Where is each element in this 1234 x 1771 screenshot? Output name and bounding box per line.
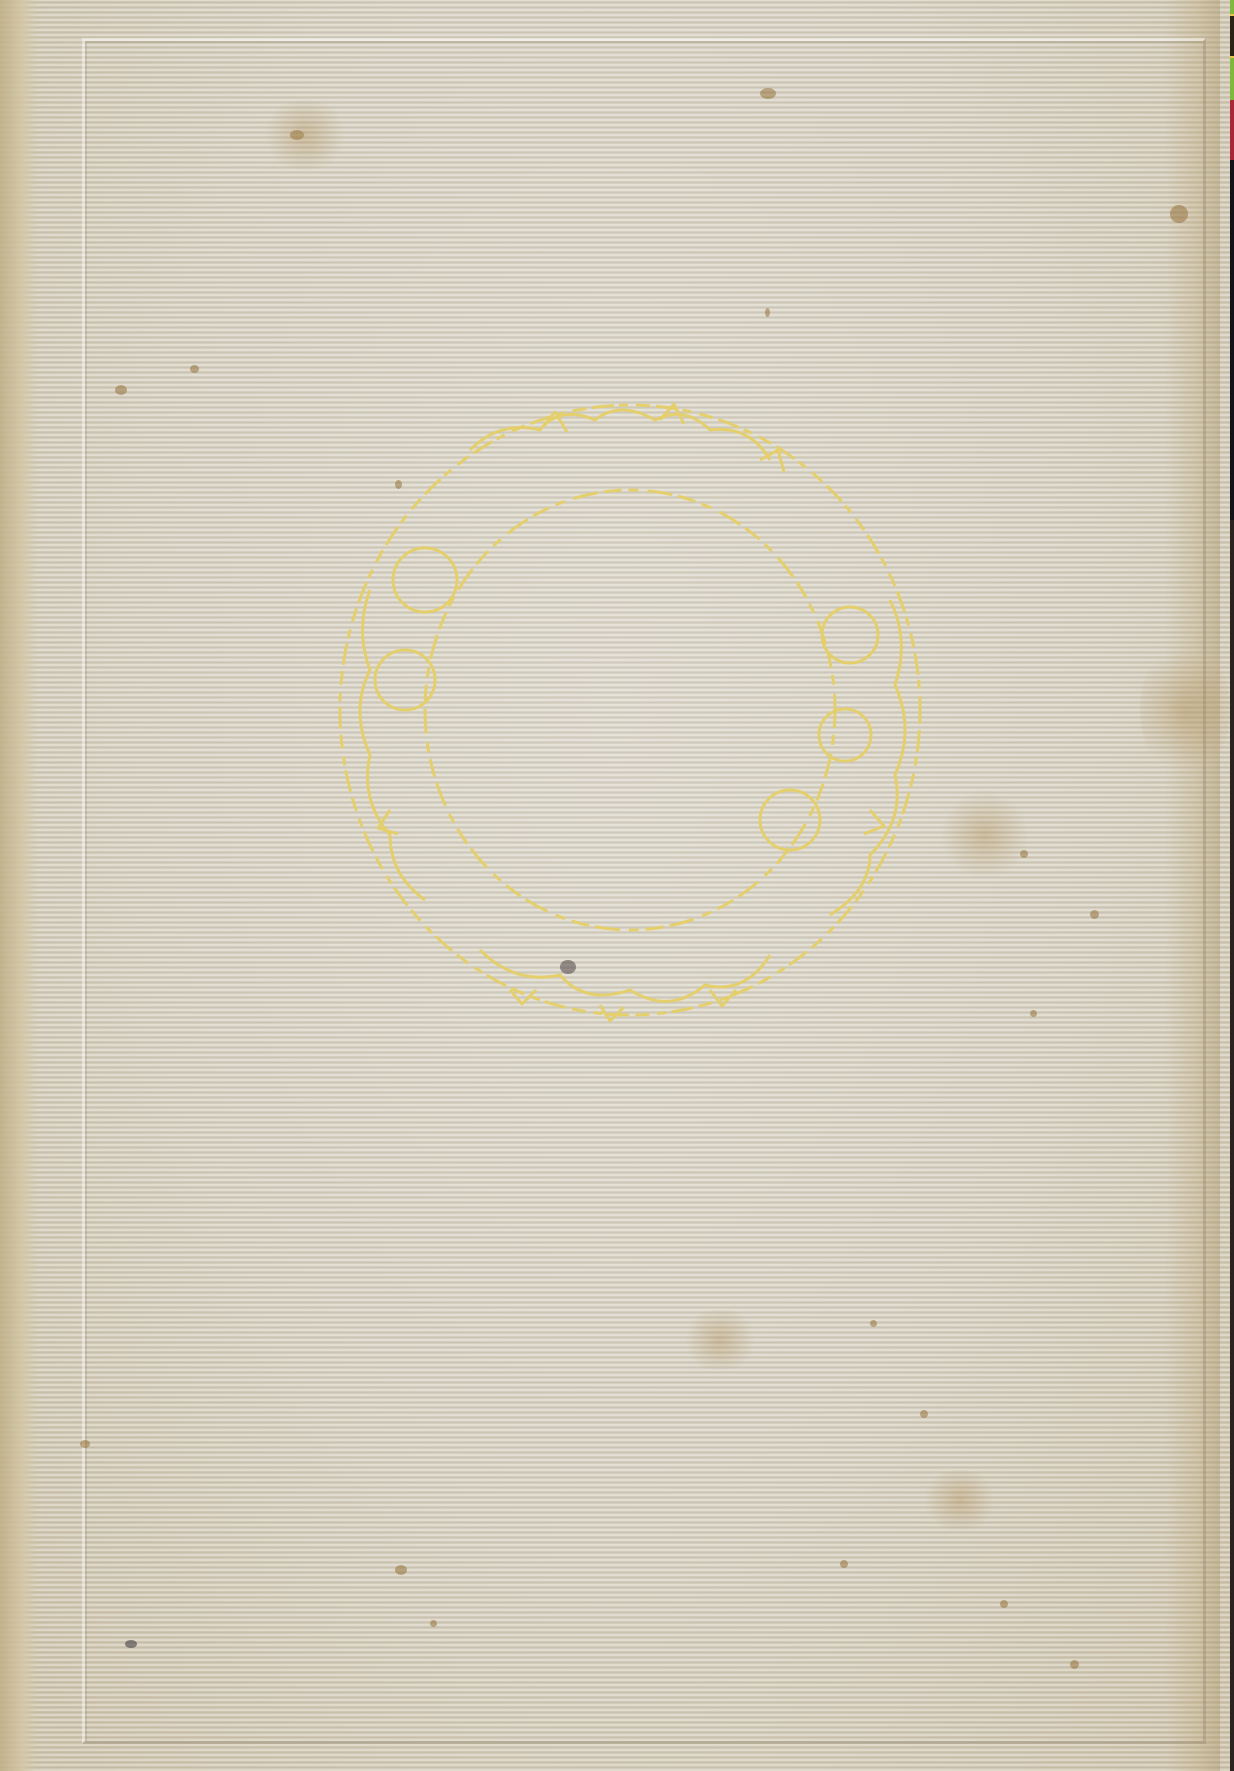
gold-wreath-emblem (330, 390, 930, 1030)
stain (260, 100, 350, 170)
foxing-spot (1000, 1600, 1008, 1608)
book-cover (0, 0, 1230, 1771)
foxing-spot (760, 88, 776, 99)
foxing-spot (430, 1620, 437, 1627)
stain (680, 1310, 760, 1370)
foxing-spot (190, 365, 199, 373)
foxing-spot (870, 1320, 877, 1327)
foxing-spot (920, 1410, 928, 1418)
foxing-spot (840, 1560, 848, 1568)
foxing-spot (1090, 910, 1099, 919)
foxing-spot (1070, 1660, 1079, 1669)
foxing-spot (1170, 205, 1188, 223)
stain (920, 1470, 1000, 1530)
foxing-spot (395, 1565, 407, 1575)
foxing-spot (80, 1440, 90, 1448)
foxing-spot (765, 308, 770, 317)
spine-edge (0, 0, 38, 1771)
stain (1140, 640, 1230, 780)
foxing-spot (115, 385, 127, 395)
foxing-spot (1030, 1010, 1037, 1017)
stain (940, 790, 1030, 880)
foxing-spot (125, 1640, 137, 1648)
